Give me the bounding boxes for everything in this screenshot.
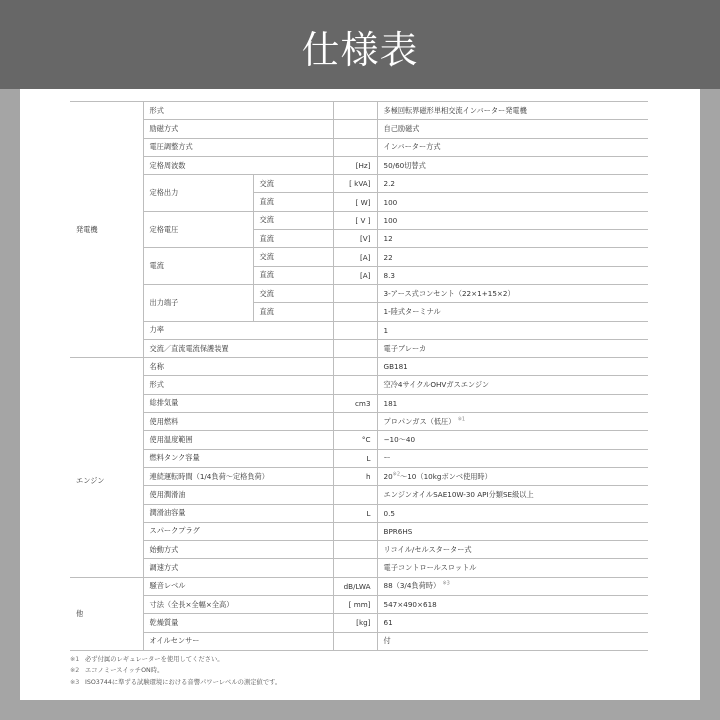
spec-unit: [A] <box>333 248 377 266</box>
spec-value: 電子ブレーカ <box>377 339 648 357</box>
spec-sublabel: 交流 <box>253 248 333 266</box>
table-row: オイルセンサー 付 <box>70 632 648 650</box>
footnotes: ※1必ず付属のレギュレーターを使用してください。 ※2エコノミースイッチON時。… <box>70 654 281 688</box>
spec-unit: L <box>333 449 377 467</box>
spec-unit <box>333 522 377 540</box>
spec-value-cell: 88（3/4負荷時） ※3 <box>377 577 648 595</box>
spec-sublabel: 直流 <box>253 266 333 284</box>
spec-value: 61 <box>377 614 648 632</box>
table-row: 出力端子 交流 3-アース式コンセント（22×1+15×2） <box>70 284 648 302</box>
spec-label: 定格周波数 <box>143 156 333 174</box>
footnote-mark: ※1 <box>70 654 85 665</box>
spec-label: 寸法（全長×全幅×全高） <box>143 596 333 614</box>
spec-value: インバーター方式 <box>377 138 648 156</box>
table-row: 形式 空冷4サイクルOHVガスエンジン <box>70 376 648 394</box>
footnote-mark: ※2 <box>70 665 85 676</box>
footnote-ref: ※1 <box>458 416 465 422</box>
spec-value: 2.2 <box>377 175 648 193</box>
spec-value: プロパンガス（低圧） <box>384 417 456 426</box>
spec-label: 定格電圧 <box>143 211 253 248</box>
spec-unit <box>333 138 377 156</box>
spec-unit: [ mm] <box>333 596 377 614</box>
spec-unit: [ kVA] <box>333 175 377 193</box>
spec-value-cell: 20※2〜10（10kgボンベ使用時） <box>377 467 648 485</box>
table-row: 連続運転時間（1/4負荷〜定格負荷） h 20※2〜10（10kgボンベ使用時） <box>70 467 648 485</box>
spec-value: ー <box>377 449 648 467</box>
spec-label: 形式 <box>143 376 333 394</box>
table-row: 潤滑油容量 L 0.5 <box>70 504 648 522</box>
table-row: 力率 1 <box>70 321 648 339</box>
spec-unit <box>333 559 377 577</box>
spec-unit <box>333 632 377 650</box>
table-row: 定格出力 交流 [ kVA] 2.2 <box>70 175 648 193</box>
table-row: 調速方式 電子コントロールスロットル <box>70 559 648 577</box>
footnote-ref: ※2 <box>393 471 400 477</box>
table-row: 定格電圧 交流 [ V ] 100 <box>70 211 648 229</box>
spec-unit: [kg] <box>333 614 377 632</box>
spec-unit <box>333 102 377 120</box>
spec-value: 8.3 <box>377 266 648 284</box>
spec-unit: h <box>333 467 377 485</box>
footnote: ※1必ず付属のレギュレーターを使用してください。 <box>70 654 281 665</box>
table-row: 発電機 形式 多極回転界磁形単相交流インバーター発電機 <box>70 102 648 120</box>
table-row: 乾燥質量 [kg] 61 <box>70 614 648 632</box>
spec-unit: [Hz] <box>333 156 377 174</box>
table-row: 使用燃料 プロパンガス（低圧） ※1 <box>70 413 648 431</box>
spec-sublabel: 交流 <box>253 175 333 193</box>
spec-panel: 発電機 形式 多極回転界磁形単相交流インバーター発電機 励磁方式 自己励磁式 電… <box>20 89 700 700</box>
group-label-engine: エンジン <box>70 358 143 578</box>
spec-unit <box>333 541 377 559</box>
spec-unit: dB/LWA <box>333 577 377 595</box>
spec-value: 547×490×618 <box>377 596 648 614</box>
spec-label: 使用燃料 <box>143 413 333 431</box>
footnote: ※2エコノミースイッチON時。 <box>70 665 281 676</box>
spec-value: 0.5 <box>377 504 648 522</box>
spec-value: リコイル/セルスターター式 <box>377 541 648 559</box>
spec-unit <box>333 284 377 302</box>
spec-label: 燃料タンク容量 <box>143 449 333 467</box>
spec-value: 22 <box>377 248 648 266</box>
spec-label: 電流 <box>143 248 253 285</box>
spec-value: 88（3/4負荷時） <box>384 581 441 590</box>
spec-value: 自己励磁式 <box>377 120 648 138</box>
spec-sublabel: 交流 <box>253 284 333 302</box>
spec-unit <box>333 413 377 431</box>
spec-label: 使用潤滑油 <box>143 486 333 504</box>
page-header: 仕様表 <box>0 0 720 89</box>
spec-value: 〜10（10kgボンベ使用時） <box>400 472 492 481</box>
spec-value: 1-陸式ターミナル <box>377 303 648 321</box>
group-label-other: 他 <box>70 577 143 650</box>
spec-table: 発電機 形式 多極回転界磁形単相交流インバーター発電機 励磁方式 自己励磁式 電… <box>70 101 648 651</box>
spec-unit <box>333 120 377 138</box>
spec-value: 100 <box>377 211 648 229</box>
spec-label: 始動方式 <box>143 541 333 559</box>
spec-value: 50/60切替式 <box>377 156 648 174</box>
spec-value: 3-アース式コンセント（22×1+15×2） <box>377 284 648 302</box>
table-row: 励磁方式 自己励磁式 <box>70 120 648 138</box>
spec-label: 定格出力 <box>143 175 253 212</box>
spec-sublabel: 直流 <box>253 303 333 321</box>
spec-unit: °C <box>333 431 377 449</box>
table-row: エンジン 名称 GB181 <box>70 358 648 376</box>
table-row: 寸法（全長×全幅×全高） [ mm] 547×490×618 <box>70 596 648 614</box>
spec-unit <box>333 303 377 321</box>
table-row: 燃料タンク容量 L ー <box>70 449 648 467</box>
spec-label: 潤滑油容量 <box>143 504 333 522</box>
spec-label: 調速方式 <box>143 559 333 577</box>
spec-value: −10〜40 <box>377 431 648 449</box>
spec-sublabel: 交流 <box>253 211 333 229</box>
table-row: 使用温度範囲 °C −10〜40 <box>70 431 648 449</box>
footnote-ref: ※3 <box>442 581 449 587</box>
spec-value: 電子コントロールスロットル <box>377 559 648 577</box>
spec-value: 多極回転界磁形単相交流インバーター発電機 <box>377 102 648 120</box>
footnote: ※3ISO3744に準ずる試験環境における音響パワーレベルの測定値です。 <box>70 677 281 688</box>
spec-unit <box>333 376 377 394</box>
spec-label: 力率 <box>143 321 333 339</box>
spec-label: 名称 <box>143 358 333 376</box>
spec-unit <box>333 339 377 357</box>
spec-label: 出力端子 <box>143 284 253 321</box>
spec-value: 20 <box>384 472 393 481</box>
spec-sublabel: 直流 <box>253 193 333 211</box>
footnote-mark: ※3 <box>70 677 85 688</box>
table-row: 交流／直流電流保護装置 電子ブレーカ <box>70 339 648 357</box>
footnote-text: エコノミースイッチON時。 <box>85 667 163 674</box>
table-row: スパークプラグ BPR6HS <box>70 522 648 540</box>
spec-value: BPR6HS <box>377 522 648 540</box>
table-row: 定格周波数 [Hz] 50/60切替式 <box>70 156 648 174</box>
spec-unit <box>333 358 377 376</box>
spec-unit <box>333 486 377 504</box>
table-row: 総排気量 cm3 181 <box>70 394 648 412</box>
spec-unit: [A] <box>333 266 377 284</box>
spec-value: エンジンオイルSAE10W-30 API分類SE級以上 <box>377 486 648 504</box>
spec-unit: [V] <box>333 230 377 248</box>
spec-unit: [ W] <box>333 193 377 211</box>
spec-value: GB181 <box>377 358 648 376</box>
spec-unit: [ V ] <box>333 211 377 229</box>
table-row: 電圧調整方式 インバーター方式 <box>70 138 648 156</box>
spec-label: スパークプラグ <box>143 522 333 540</box>
spec-label: 乾燥質量 <box>143 614 333 632</box>
page-title: 仕様表 <box>301 19 418 74</box>
spec-sublabel: 直流 <box>253 230 333 248</box>
footnote-text: ISO3744に準ずる試験環境における音響パワーレベルの測定値です。 <box>85 679 281 686</box>
spec-unit: L <box>333 504 377 522</box>
spec-label: オイルセンサー <box>143 632 333 650</box>
spec-label: 総排気量 <box>143 394 333 412</box>
spec-label: 電圧調整方式 <box>143 138 333 156</box>
spec-label: 励磁方式 <box>143 120 333 138</box>
spec-value: 付 <box>377 632 648 650</box>
table-row: 使用潤滑油 エンジンオイルSAE10W-30 API分類SE級以上 <box>70 486 648 504</box>
spec-label: 騒音レベル <box>143 577 333 595</box>
spec-value: 空冷4サイクルOHVガスエンジン <box>377 376 648 394</box>
spec-value-cell: プロパンガス（低圧） ※1 <box>377 413 648 431</box>
group-label-generator: 発電機 <box>70 102 143 358</box>
spec-label: 使用温度範囲 <box>143 431 333 449</box>
spec-unit: cm3 <box>333 394 377 412</box>
table-row: 電流 交流 [A] 22 <box>70 248 648 266</box>
spec-value: 100 <box>377 193 648 211</box>
spec-label: 交流／直流電流保護装置 <box>143 339 333 357</box>
spec-label: 連続運転時間（1/4負荷〜定格負荷） <box>143 467 333 485</box>
spec-value: 12 <box>377 230 648 248</box>
spec-value: 1 <box>377 321 648 339</box>
table-row: 他 騒音レベル dB/LWA 88（3/4負荷時） ※3 <box>70 577 648 595</box>
spec-value: 181 <box>377 394 648 412</box>
spec-label: 形式 <box>143 102 333 120</box>
table-row: 始動方式 リコイル/セルスターター式 <box>70 541 648 559</box>
spec-unit <box>333 321 377 339</box>
footnote-text: 必ず付属のレギュレーターを使用してください。 <box>85 656 224 663</box>
